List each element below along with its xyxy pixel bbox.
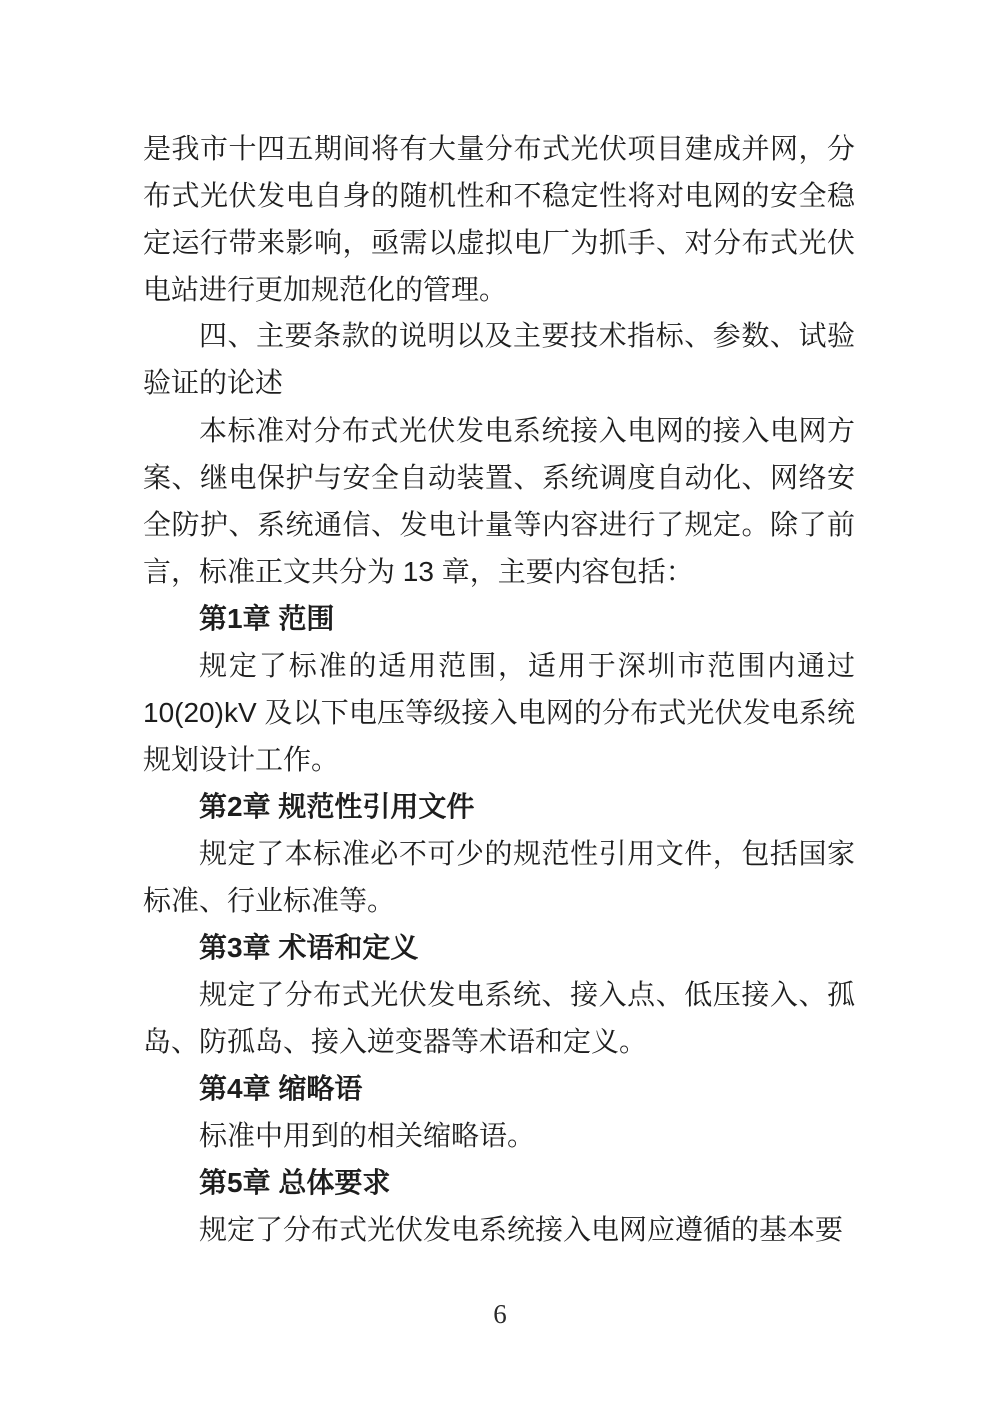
page-number: 6 xyxy=(0,1298,1000,1330)
chapter-3-description: 规定了分布式光伏发电系统、接入点、低压接入、孤岛、防孤岛、接入逆变器等术语和定义… xyxy=(143,971,855,1065)
chapter-1-description: 规定了标准的适用范围，适用于深圳市范围内通过 10(20)kV 及以下电压等级接… xyxy=(143,642,855,783)
chapter-2-description: 规定了本标准必不可少的规范性引用文件，包括国家标准、行业标准等。 xyxy=(143,830,855,924)
paragraph-standard-overview: 本标准对分布式光伏发电系统接入电网的接入电网方案、继电保护与安全自动装置、系统调… xyxy=(143,407,855,595)
page-content: 是我市十四五期间将有大量分布式光伏项目建成并网，分布式光伏发电自身的随机性和不稳… xyxy=(143,125,855,1253)
chapter-1-heading: 第1章 范围 xyxy=(143,595,855,642)
paragraph-intro-continuation: 是我市十四五期间将有大量分布式光伏项目建成并网，分布式光伏发电自身的随机性和不稳… xyxy=(143,125,855,313)
section-4-title: 四、主要条款的说明以及主要技术指标、参数、试验验证的论述 xyxy=(143,313,855,407)
chapter-5-heading: 第5章 总体要求 xyxy=(143,1159,855,1206)
chapter-5-description: 规定了分布式光伏发电系统接入电网应遵循的基本要 xyxy=(143,1206,855,1253)
chapter-4-description: 标准中用到的相关缩略语。 xyxy=(143,1112,855,1159)
document-page: 是我市十四五期间将有大量分布式光伏项目建成并网，分布式光伏发电自身的随机性和不稳… xyxy=(0,0,1000,1414)
chapter-3-heading: 第3章 术语和定义 xyxy=(143,924,855,971)
chapter-2-heading: 第2章 规范性引用文件 xyxy=(143,783,855,830)
chapter-4-heading: 第4章 缩略语 xyxy=(143,1065,855,1112)
